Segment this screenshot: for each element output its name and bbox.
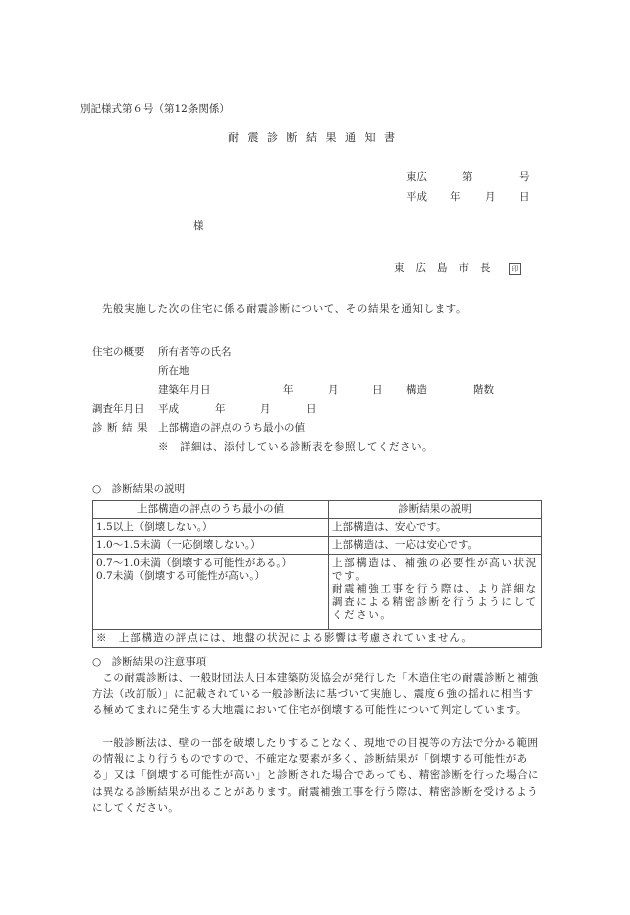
score-cell: 0.7～1.0未満（倒壊する可能性がある。） 0.7未満（倒壊する可能性が高い。… — [93, 555, 329, 630]
document-title: 耐震診断結果通知書 — [228, 132, 404, 143]
result-label: 診断結果 — [92, 423, 152, 434]
built-year: 年 — [283, 385, 294, 396]
ref-prefix: 東広 — [406, 172, 427, 183]
table-footnote-row: ※ 上部構造の評点には、地盤の状況による影響は考慮されていません。 — [93, 630, 542, 648]
issuer-name: 東広島市長 — [394, 262, 502, 274]
table-row: 0.7～1.0未満（倒壊する可能性がある。） 0.7未満（倒壊する可能性が高い。… — [93, 555, 542, 630]
score-cell: 1.0～1.5未満（一応倒壊しない。） — [93, 537, 329, 555]
floors-label: 階数 — [473, 385, 494, 396]
desc-cell: 上部構造は、補強の必要性が高い状況です。 耐震補強工事を行う際は、より詳細な調査… — [329, 555, 542, 630]
overview-label: 住宅の概要 — [92, 347, 145, 358]
form-number: 別記様式第６号（第12条関係） — [80, 104, 230, 115]
date-year: 年 — [450, 192, 461, 203]
notes-paragraph-1: この耐震診断は、一般財団法人日本建築防災協会が発行した「木造住宅の耐震診断と補強… — [92, 670, 540, 719]
score-line: 0.7～1.0未満（倒壊する可能性がある。） — [96, 557, 325, 570]
intro-text: 先般実施した次の住宅に係る耐震診断について、その結果を通知します。 — [102, 304, 467, 315]
address-label: 所在地 — [158, 366, 190, 377]
table-row: 1.0～1.5未満（一応倒壊しない。） 上部構造は、一応は安心です。 — [93, 537, 542, 555]
table-row: 1.5以上（倒壊しない。） 上部構造は、安心です。 — [93, 519, 542, 537]
addressee-suffix: 様 — [193, 221, 204, 232]
result-table: 上部構造の評点のうち最小の値 診断結果の説明 1.5以上（倒壊しない。） 上部構… — [92, 500, 542, 648]
table-footnote: ※ 上部構造の評点には、地盤の状況による影響は考慮されていません。 — [93, 630, 542, 648]
desc-line: 耐震補強工事を行う際は、より詳細な調査による精密診断を行うようにしてください。 — [332, 583, 538, 622]
result-value: 上部構造の評点のうち最小の値 — [158, 423, 305, 434]
table-header: 上部構造の評点のうち最小の値 — [93, 501, 329, 519]
built-label: 建築年月日 — [158, 385, 211, 396]
score-cell: 1.5以上（倒壊しない。） — [93, 519, 329, 537]
desc-line: 上部構造は、補強の必要性が高い状況です。 — [332, 557, 538, 583]
survey-month: 月 — [260, 404, 271, 415]
ref-dai: 第 — [462, 172, 473, 183]
table-header-row: 上部構造の評点のうち最小の値 診断結果の説明 — [93, 501, 542, 519]
owner-label: 所有者等の氏名 — [158, 347, 232, 358]
score-line: 0.7未満（倒壊する可能性が高い。） — [96, 570, 325, 583]
table-header: 診断結果の説明 — [329, 501, 542, 519]
survey-day: 日 — [306, 404, 317, 415]
result-note: ※ 詳細は、添付している診断表を参照してください。 — [158, 442, 433, 453]
desc-cell: 上部構造は、安心です。 — [329, 519, 542, 537]
issuer: 東広島市長 印 — [394, 263, 521, 275]
survey-year: 年 — [215, 404, 226, 415]
seal-mark: 印 — [509, 263, 521, 275]
structure-label: 構造 — [406, 385, 427, 396]
ref-go: 号 — [519, 172, 530, 183]
built-month: 月 — [328, 385, 339, 396]
explanation-heading: ○ 診断結果の説明 — [92, 484, 185, 495]
notes-paragraph-2: 一般診断法は、壁の一部を破壊したりすることなく、現地での目視等の方法で分かる範囲… — [92, 735, 540, 816]
date-era: 平成 — [406, 192, 427, 203]
date-day: 日 — [519, 192, 530, 203]
desc-cell: 上部構造は、一応は安心です。 — [329, 537, 542, 555]
built-day: 日 — [372, 385, 383, 396]
notes-heading: ○ 診断結果の注意事項 — [92, 657, 206, 668]
survey-label: 調査年月日 — [92, 404, 145, 415]
survey-era: 平成 — [158, 404, 179, 415]
date-month: 月 — [485, 192, 496, 203]
